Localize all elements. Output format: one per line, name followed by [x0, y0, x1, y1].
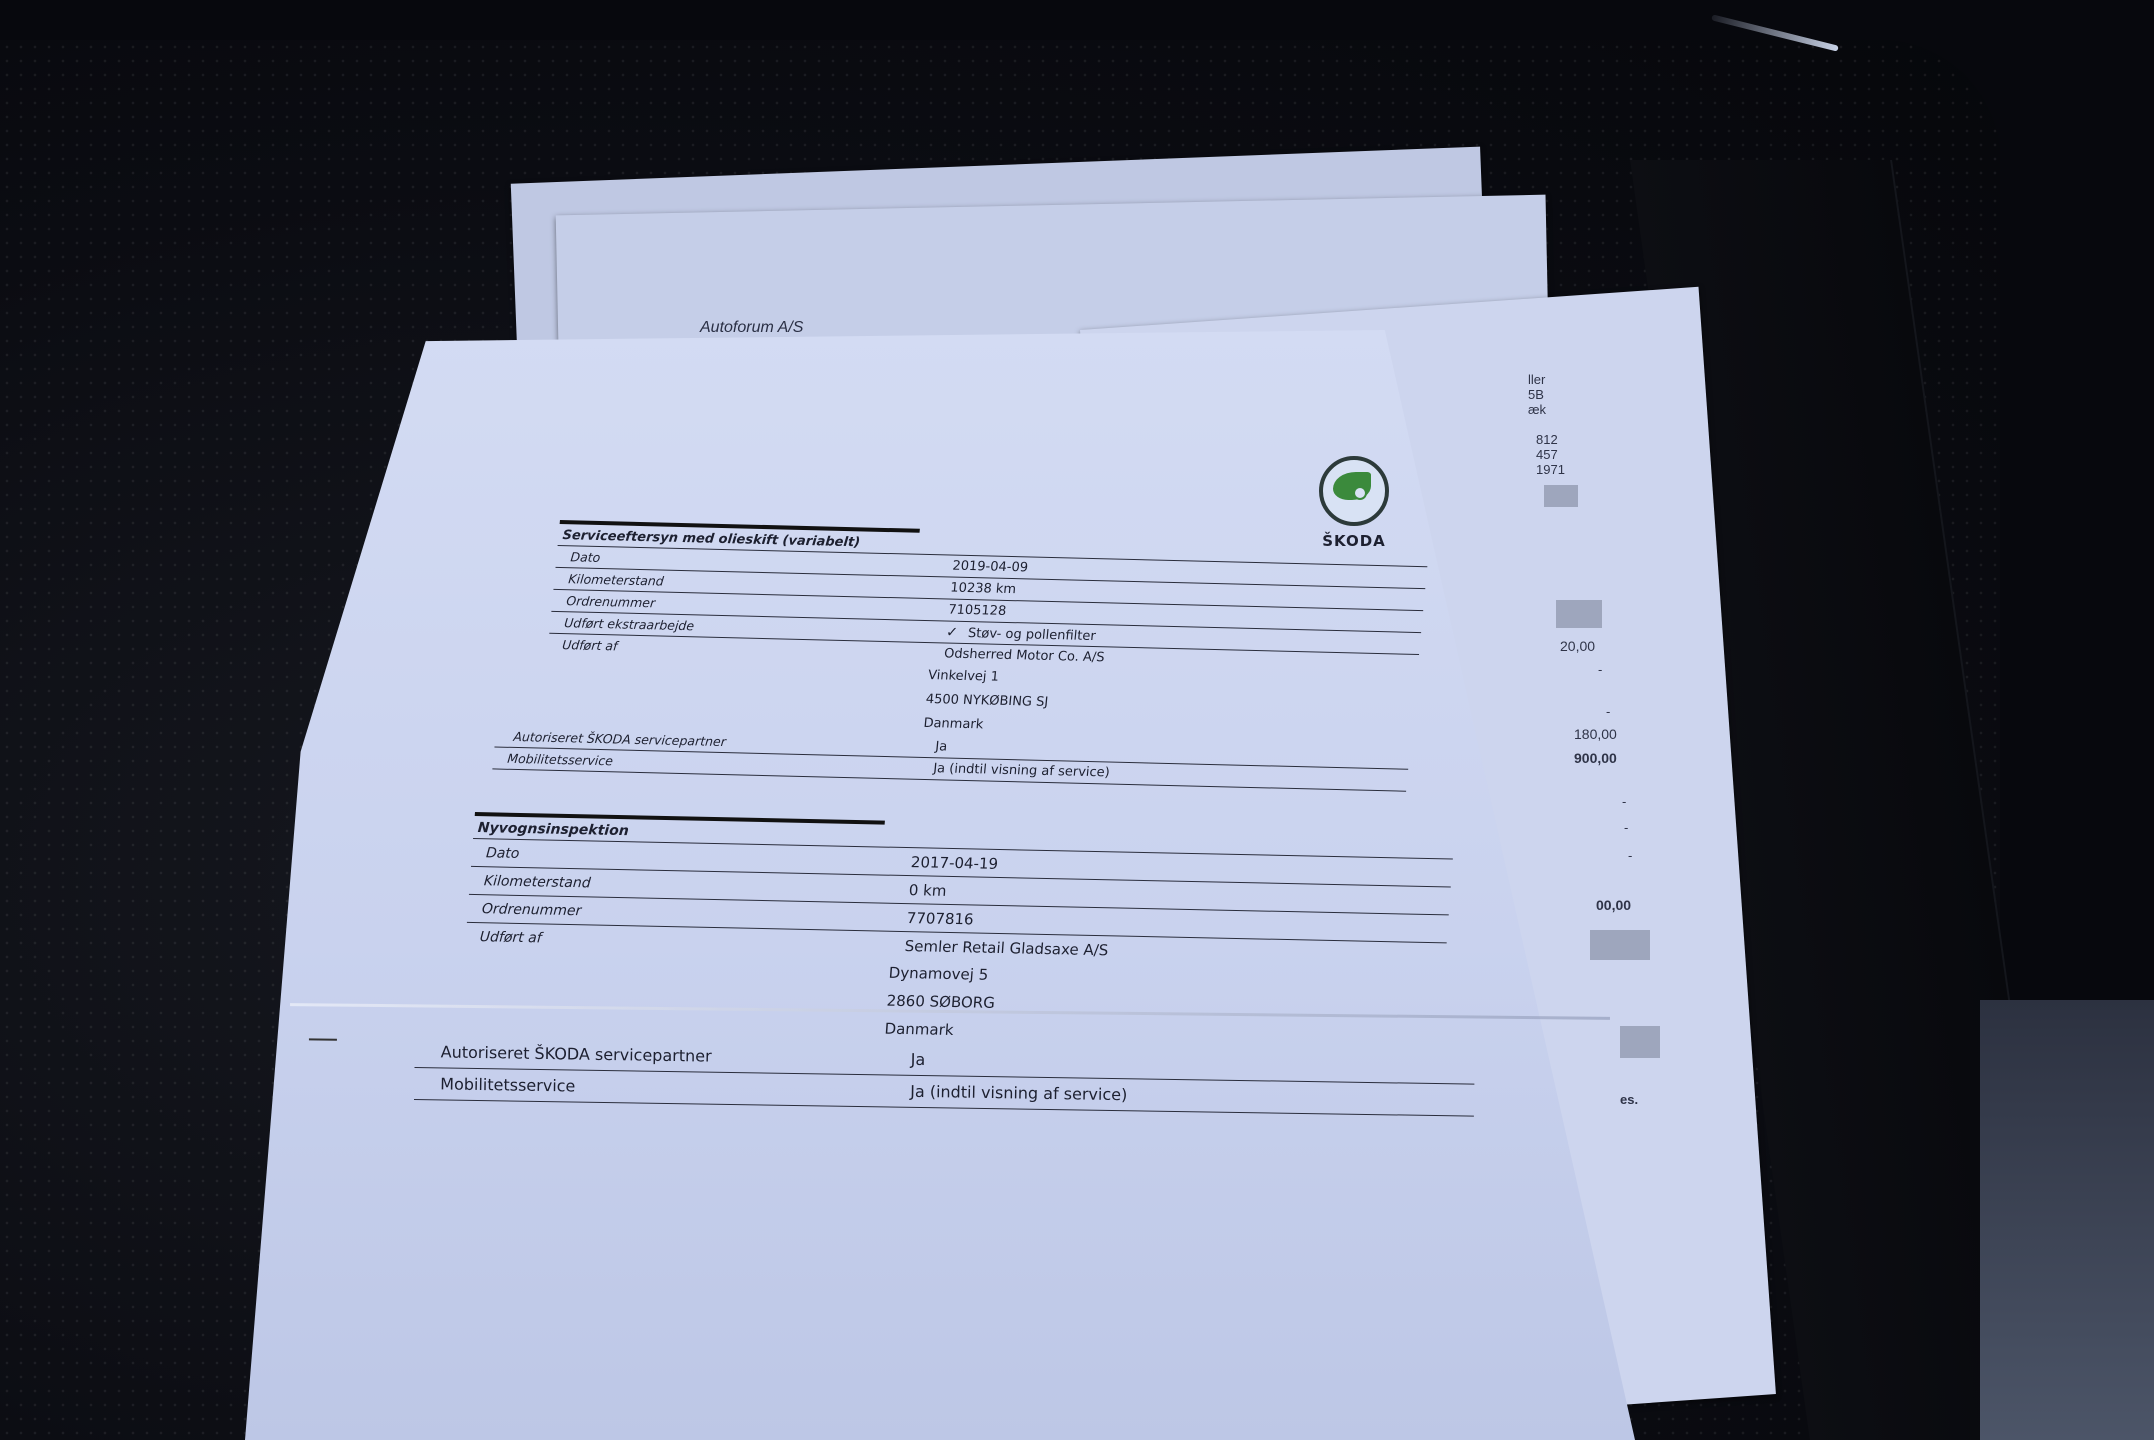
margin-dash — [309, 1038, 337, 1040]
service-section: Serviceeftersyn med olieskift (variabelt… — [536, 520, 1429, 792]
inspection-section: Nyvognsinspektion Dato 2017-04-19 Kilome… — [459, 812, 1455, 1054]
check-icon: ✓ — [945, 624, 958, 640]
